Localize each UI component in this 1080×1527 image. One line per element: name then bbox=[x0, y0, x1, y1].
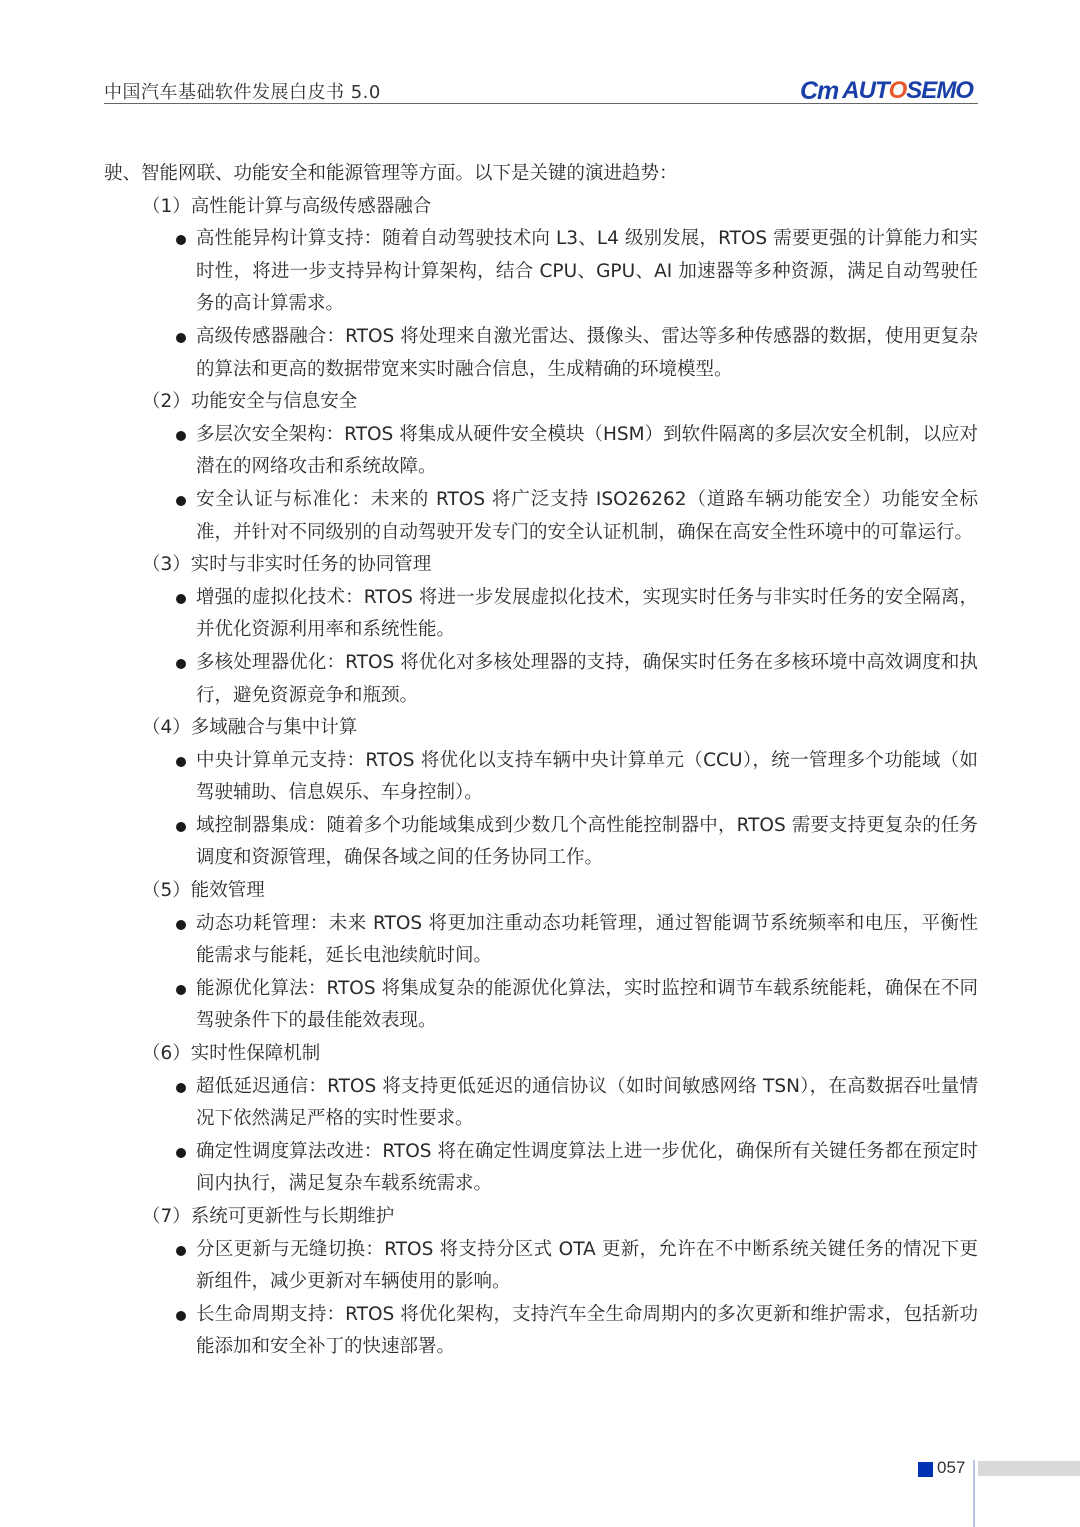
bullet-item: 动态功耗管理：未来 RTOS 将更加注重动态功耗管理，通过智能调节系统频率和电压… bbox=[104, 908, 978, 973]
intro-paragraph: 驶、智能网联、功能安全和能源管理等方面。以下是关键的演进趋势： bbox=[104, 158, 978, 191]
page-marker-icon bbox=[918, 1462, 933, 1477]
bullet-item: 确定性调度算法改进：RTOS 将在确定性调度算法上进一步优化，确保所有关键任务都… bbox=[104, 1136, 978, 1201]
section-5: （5）能效管理 动态功耗管理：未来 RTOS 将更加注重动态功耗管理，通过智能调… bbox=[104, 875, 978, 1038]
bullet-text: 能源优化算法：RTOS 将集成复杂的能源优化算法，实时监控和调节车载系统能耗，确… bbox=[196, 978, 978, 1032]
footer-bar bbox=[978, 1461, 1080, 1476]
bullet-text: 动态功耗管理：未来 RTOS 将更加注重动态功耗管理，通过智能调节系统频率和电压… bbox=[196, 913, 978, 967]
bullet-text: 分区更新与无缝切换：RTOS 将支持分区式 OTA 更新，允许在不中断系统关键任… bbox=[196, 1239, 978, 1293]
bullet-text: 多层次安全架构：RTOS 将集成从硬件安全模块（HSM）到软件隔离的多层次安全机… bbox=[196, 424, 978, 478]
bullet-text: 中央计算单元支持：RTOS 将优化以支持车辆中央计算单元（CCU），统一管理多个… bbox=[196, 750, 978, 804]
section-heading: （2）功能安全与信息安全 bbox=[104, 386, 978, 419]
bullet-icon bbox=[176, 431, 186, 441]
bullet-text: 长生命周期支持：RTOS 将优化架构，支持汽车全生命周期内的多次更新和维护需求，… bbox=[196, 1304, 978, 1358]
bullet-item: 分区更新与无缝切换：RTOS 将支持分区式 OTA 更新，允许在不中断系统关键任… bbox=[104, 1234, 978, 1299]
bullet-item: 中央计算单元支持：RTOS 将优化以支持车辆中央计算单元（CCU），统一管理多个… bbox=[104, 745, 978, 810]
bullet-text: 高级传感器融合：RTOS 将处理来自激光雷达、摄像头、雷达等多种传感器的数据，使… bbox=[196, 326, 978, 380]
bullet-icon bbox=[176, 1311, 186, 1321]
document-title: 中国汽车基础软件发展白皮书 5.0 bbox=[104, 78, 381, 104]
logo-text-2: SEMO bbox=[906, 77, 973, 105]
bullet-text: 高性能异构计算支持：随着自动驾驶技术向 L3、L4 级别发展，RTOS 需要更强… bbox=[196, 228, 978, 314]
bullet-icon bbox=[176, 920, 186, 930]
bullet-icon bbox=[176, 822, 186, 832]
section-heading: （1）高性能计算与高级传感器融合 bbox=[104, 191, 978, 224]
bullet-icon bbox=[176, 1083, 186, 1093]
section-heading: （6）实时性保障机制 bbox=[104, 1038, 978, 1071]
section-heading: （3）实时与非实时任务的协同管理 bbox=[104, 549, 978, 582]
bullet-item: 能源优化算法：RTOS 将集成复杂的能源优化算法，实时监控和调节车载系统能耗，确… bbox=[104, 973, 978, 1038]
bullet-item: 多层次安全架构：RTOS 将集成从硬件安全模块（HSM）到软件隔离的多层次安全机… bbox=[104, 419, 978, 484]
bullet-icon bbox=[176, 333, 186, 343]
autosemo-logo: Cm AUTOSEMO bbox=[800, 78, 973, 104]
bullet-item: 高级传感器融合：RTOS 将处理来自激光雷达、摄像头、雷达等多种传感器的数据，使… bbox=[104, 321, 978, 386]
bullet-item: 超低延迟通信：RTOS 将支持更低延迟的通信协议（如时间敏感网络 TSN），在高… bbox=[104, 1071, 978, 1136]
section-heading: （5）能效管理 bbox=[104, 875, 978, 908]
bullet-icon bbox=[176, 659, 186, 669]
bullet-icon bbox=[176, 594, 186, 604]
section-3: （3）实时与非实时任务的协同管理 增强的虚拟化技术：RTOS 将进一步发展虚拟化… bbox=[104, 549, 978, 712]
bullet-item: 多核处理器优化：RTOS 将优化对多核处理器的支持，确保实时任务在多核环境中高效… bbox=[104, 647, 978, 712]
section-4: （4）多域融合与集中计算 中央计算单元支持：RTOS 将优化以支持车辆中央计算单… bbox=[104, 712, 978, 875]
bullet-item: 域控制器集成：随着多个功能域集成到少数几个高性能控制器中，RTOS 需要支持更复… bbox=[104, 810, 978, 875]
page-body: 驶、智能网联、功能安全和能源管理等方面。以下是关键的演进趋势： （1）高性能计算… bbox=[104, 158, 978, 1364]
bullet-item: 长生命周期支持：RTOS 将优化架构，支持汽车全生命周期内的多次更新和维护需求，… bbox=[104, 1299, 978, 1364]
section-1: （1）高性能计算与高级传感器融合 高性能异构计算支持：随着自动驾驶技术向 L3、… bbox=[104, 191, 978, 387]
bullet-icon bbox=[176, 496, 186, 506]
section-6: （6）实时性保障机制 超低延迟通信：RTOS 将支持更低延迟的通信协议（如时间敏… bbox=[104, 1038, 978, 1201]
bullet-text: 域控制器集成：随着多个功能域集成到少数几个高性能控制器中，RTOS 需要支持更复… bbox=[196, 815, 978, 869]
logo-text-1: AUT bbox=[842, 77, 888, 105]
bullet-text: 安全认证与标准化：未来的 RTOS 将广泛支持 ISO26262（道路车辆功能安… bbox=[196, 489, 978, 543]
bullet-icon bbox=[176, 985, 186, 995]
footer-divider bbox=[973, 1460, 975, 1527]
header-divider bbox=[104, 103, 978, 104]
page-number: 057 bbox=[937, 1458, 965, 1478]
section-heading: （7）系统可更新性与长期维护 bbox=[104, 1201, 978, 1234]
bullet-text: 确定性调度算法改进：RTOS 将在确定性调度算法上进一步优化，确保所有关键任务都… bbox=[196, 1141, 978, 1195]
section-heading: （4）多域融合与集中计算 bbox=[104, 712, 978, 745]
bullet-text: 超低延迟通信：RTOS 将支持更低延迟的通信协议（如时间敏感网络 TSN），在高… bbox=[196, 1076, 978, 1130]
bullet-icon bbox=[176, 235, 186, 245]
bullet-icon bbox=[176, 1246, 186, 1256]
logo-o-icon: O bbox=[889, 77, 907, 105]
section-2: （2）功能安全与信息安全 多层次安全架构：RTOS 将集成从硬件安全模块（HSM… bbox=[104, 386, 978, 549]
logo-cm-mark: Cm bbox=[800, 77, 838, 106]
bullet-item: 安全认证与标准化：未来的 RTOS 将广泛支持 ISO26262（道路车辆功能安… bbox=[104, 484, 978, 549]
bullet-item: 增强的虚拟化技术：RTOS 将进一步发展虚拟化技术，实现实时任务与非实时任务的安… bbox=[104, 582, 978, 647]
bullet-item: 高性能异构计算支持：随着自动驾驶技术向 L3、L4 级别发展，RTOS 需要更强… bbox=[104, 223, 978, 321]
bullet-text: 多核处理器优化：RTOS 将优化对多核处理器的支持，确保实时任务在多核环境中高效… bbox=[196, 652, 978, 706]
bullet-icon bbox=[176, 757, 186, 767]
bullet-icon bbox=[176, 1148, 186, 1158]
section-7: （7）系统可更新性与长期维护 分区更新与无缝切换：RTOS 将支持分区式 OTA… bbox=[104, 1201, 978, 1364]
bullet-text: 增强的虚拟化技术：RTOS 将进一步发展虚拟化技术，实现实时任务与非实时任务的安… bbox=[196, 587, 978, 641]
